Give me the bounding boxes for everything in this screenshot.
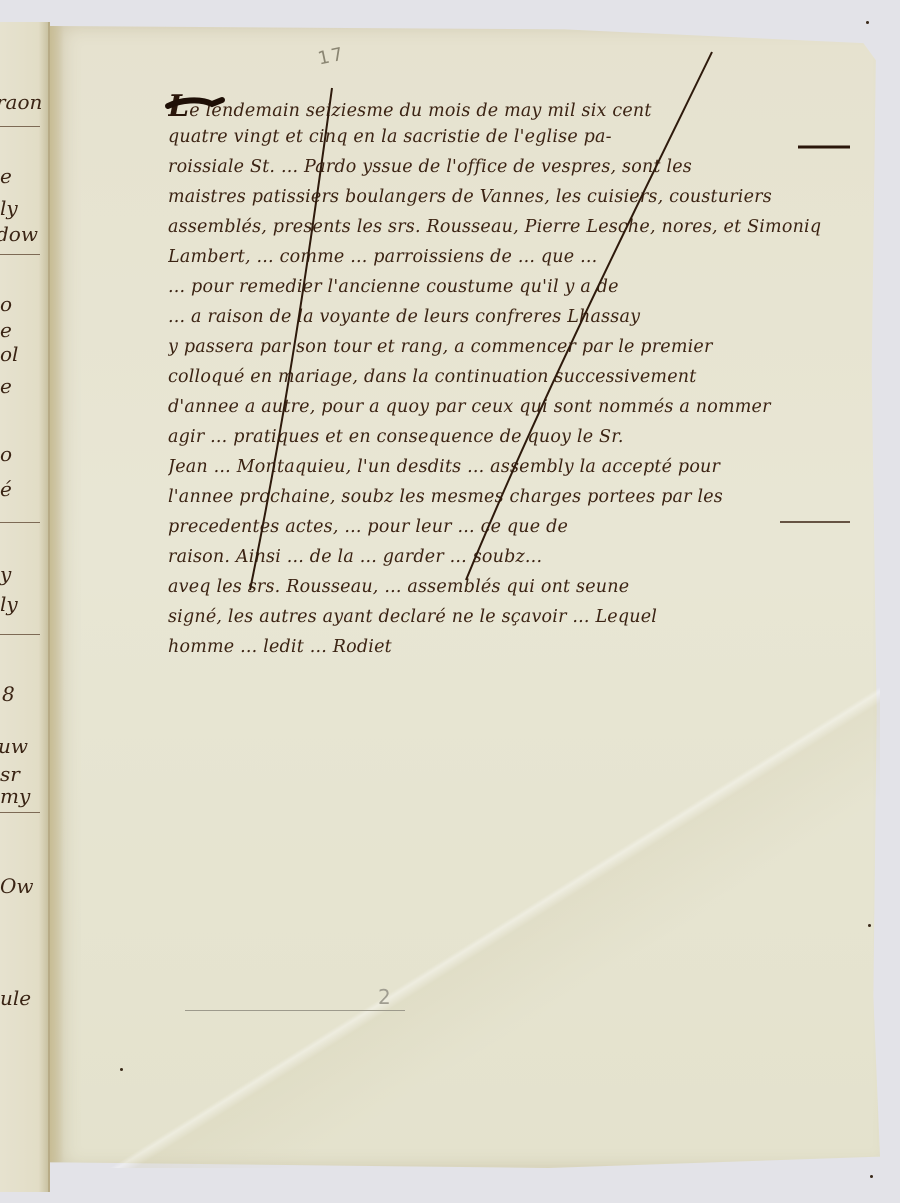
text-line: maistres patissiers boulangers de Vannes… [168,182,860,212]
left-rule [0,522,40,523]
ink-speck [868,924,871,927]
left-fragment: ly [0,196,18,220]
text-line: ... pour remedier l'ancienne coustume qu… [168,272,860,302]
page-gutter-shadow [50,26,64,1168]
left-fragment: o [0,442,12,466]
left-fragment: e [0,164,12,188]
text-line: Le lendemain seiziesme du mois de may mi… [168,92,860,122]
text-line: precedentes actes, ... pour leur ... ce … [168,512,860,542]
ink-speck [870,1175,873,1178]
left-fragment: my [0,784,30,808]
text-line: ... a raison de la voyante de leurs conf… [168,302,860,332]
text-line: l'annee prochaine, soubz les mesmes char… [168,482,860,512]
facing-page-fragment: raon e ly dow o e ol e o é y ly 8 uw sr … [0,22,50,1192]
text-line: homme ... ledit ... Rodiet [168,632,860,662]
left-rule [0,254,40,255]
left-fragment: ol [0,342,18,366]
pencil-mark: 2 [378,985,391,1009]
text-line: d'annee a autre, pour a quoy par ceux qu… [168,392,860,422]
left-fragment: 8 [2,682,15,706]
left-fragment: y [0,562,11,586]
text-line: Lambert, ... comme ... parroissiens de .… [168,242,860,272]
left-fragment: dow [0,222,38,246]
left-fragment: o [0,292,12,316]
manuscript-text: Le lendemain seiziesme du mois de may mi… [168,92,860,662]
left-rule [0,634,40,635]
text-line: Jean ... Montaquieu, l'un desdits ... as… [168,452,860,482]
left-fragment: Ow [0,874,34,898]
left-rule [0,126,40,127]
text-line: signé, les autres ayant declaré ne le sç… [168,602,860,632]
ink-speck [120,1068,123,1071]
text-line: raison. Ainsi ... de la ... garder ... s… [168,542,860,572]
left-fragment: sr [0,762,20,786]
left-rule [0,812,40,813]
text-line: aveq les srs. Rousseau, ... assemblés qu… [168,572,860,602]
text-line: assemblés, presents les srs. Rousseau, P… [168,212,860,242]
left-fragment: é [0,477,12,501]
ink-speck [866,21,869,24]
left-fragment: ule [0,986,31,1010]
pencil-line [185,1010,405,1011]
text-line: quatre vingt et cinq en la sacristie de … [168,122,860,152]
left-fragment: e [0,318,12,342]
left-fragment: e [0,374,12,398]
left-fragment: ly [0,592,18,616]
text-line: agir ... pratiques et en consequence de … [168,422,860,452]
text-line: roissiale St. ... Pardo yssue de l'offic… [168,152,860,182]
left-fragment: raon [0,90,42,114]
left-fragment: uw [0,734,28,758]
text-line: colloqué en mariage, dans la continuatio… [168,362,860,392]
text-line: y passera par son tour et rang, a commen… [168,332,860,362]
